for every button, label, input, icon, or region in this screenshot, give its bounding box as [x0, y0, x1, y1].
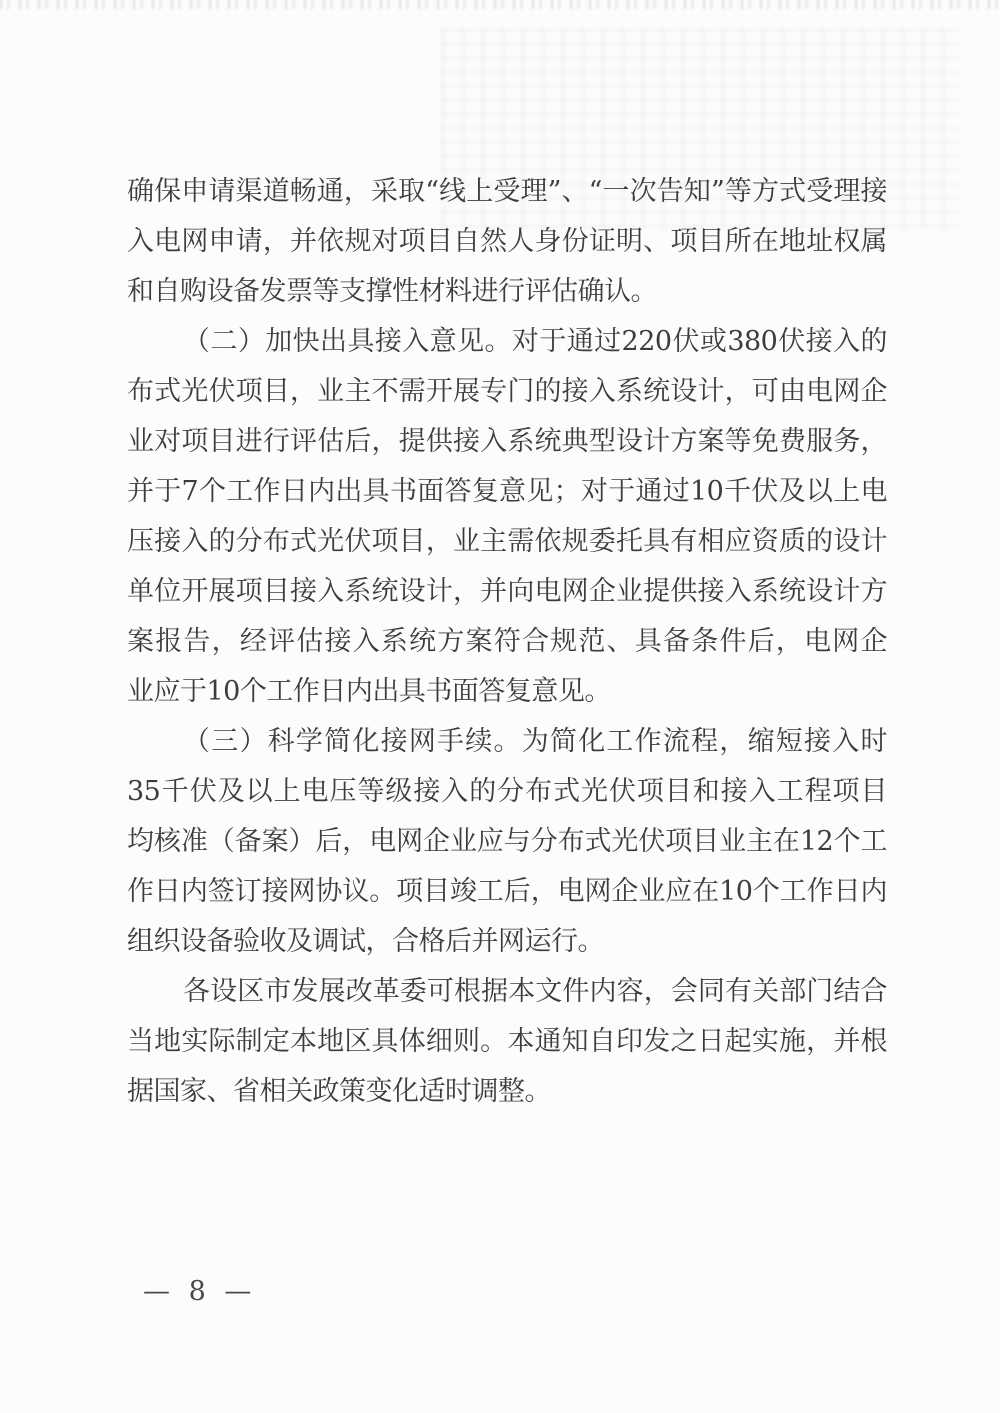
text-line: 单位开展项目接入系统设计，并向电网企业提供接入系统设计方: [127, 567, 887, 617]
page-number: — 8 —: [143, 1272, 256, 1312]
text-line: 压接入的分布式光伏项目，业主需依规委托具有相应资质的设计: [127, 517, 887, 567]
paragraph-section-2: （二）加快出具接入意见。对于通过220伏或380伏接入的分 布式光伏项目，业主不…: [127, 317, 887, 717]
text-line: 35千伏及以上电压等级接入的分布式光伏项目和接入工程项目: [127, 767, 887, 817]
text-line: 组织设备验收及调试，合格后并网运行。: [127, 917, 887, 967]
text-line: （三）科学简化接网手续。为简化工作流程，缩短接入时限，: [127, 717, 887, 767]
text-line: 当地实际制定本地区具体细则。本通知自印发之日起实施，并根: [127, 1017, 887, 1067]
paragraph-section-3: （三）科学简化接网手续。为简化工作流程，缩短接入时限， 35千伏及以上电压等级接…: [127, 717, 887, 967]
text-line: 确保申请渠道畅通，采取“线上受理”、“一次告知”等方式受理接: [127, 167, 887, 217]
paragraph-continuation: 确保申请渠道畅通，采取“线上受理”、“一次告知”等方式受理接 入电网申请，并依规…: [127, 167, 887, 317]
scanned-document-page: 确保申请渠道畅通，采取“线上受理”、“一次告知”等方式受理接 入电网申请，并依规…: [0, 0, 1000, 1413]
text-line: 布式光伏项目，业主不需开展专门的接入系统设计，可由电网企: [127, 367, 887, 417]
text-line: 案报告，经评估接入系统方案符合规范、具备条件后，电网企: [127, 617, 887, 667]
text-line: 均核准（备案）后，电网企业应与分布式光伏项目业主在12个工: [127, 817, 887, 867]
text-line: （二）加快出具接入意见。对于通过220伏或380伏接入的分: [127, 317, 887, 367]
text-line: 并于7个工作日内出具书面答复意见；对于通过10千伏及以上电: [127, 467, 887, 517]
document-body: 确保申请渠道畅通，采取“线上受理”、“一次告知”等方式受理接 入电网申请，并依规…: [127, 167, 887, 1117]
text-line: 业应于10个工作日内出具书面答复意见。: [127, 667, 887, 717]
paragraph-closing: 各设区市发展改革委可根据本文件内容，会同有关部门结合 当地实际制定本地区具体细则…: [127, 967, 887, 1117]
text-line: 业对项目进行评估后，提供接入系统典型设计方案等免费服务，: [127, 417, 887, 467]
scan-noise-artifact: [0, 0, 1000, 9]
text-line: 作日内签订接网协议。项目竣工后，电网企业应在10个工作日内: [127, 867, 887, 917]
text-line: 各设区市发展改革委可根据本文件内容，会同有关部门结合: [127, 967, 887, 1017]
text-line: 和自购设备发票等支撑性材料进行评估确认。: [127, 267, 887, 317]
text-line: 据国家、省相关政策变化适时调整。: [127, 1067, 887, 1117]
text-line: 入电网申请，并依规对项目自然人身份证明、项目所在地址权属: [127, 217, 887, 267]
